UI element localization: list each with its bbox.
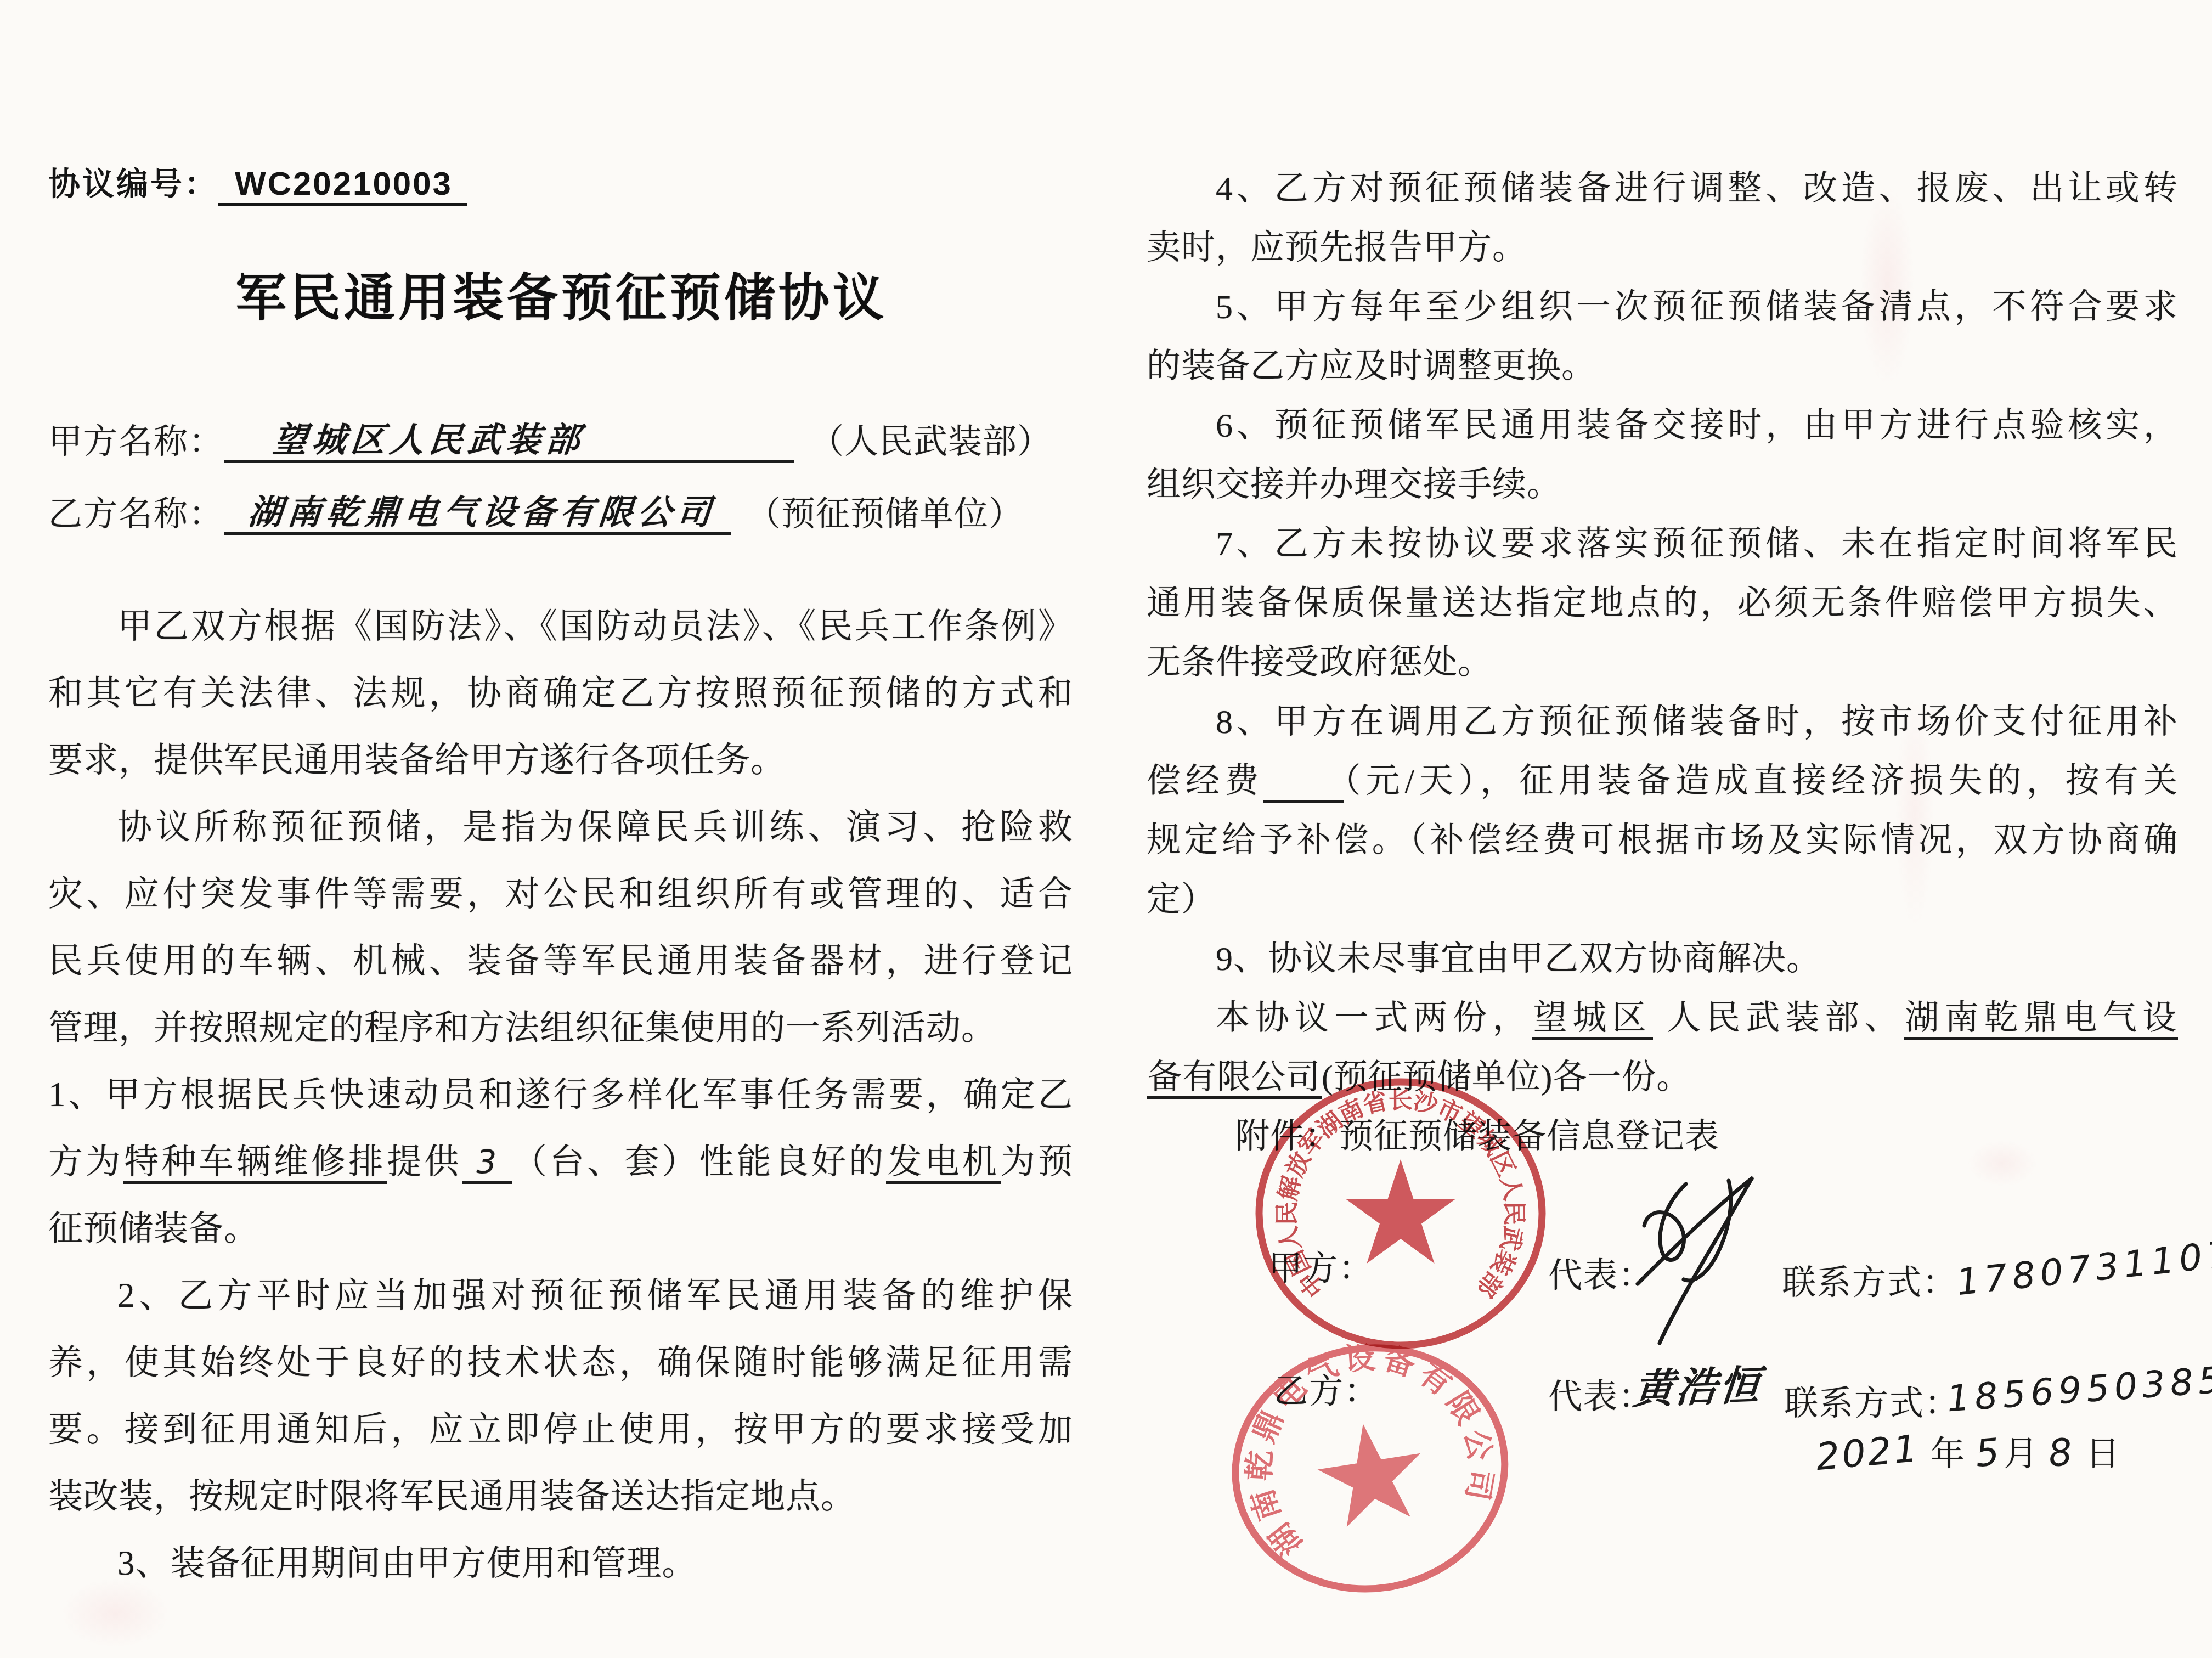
body-line: 灾、应付突发事件等需要，对公民和组织所有或管理的、适合 (48, 860, 1073, 927)
body-line: 和其它有关法律、法规，协商确定乙方按照预征预储的方式和 (48, 659, 1073, 726)
date-month-handwritten: 5 (1974, 1430, 2004, 1476)
party-a-name-underline: 望城区人民武装部 (224, 413, 794, 463)
body-line: 8、甲方在调用乙方预征预储装备时，按市场价支付征用补 (1147, 692, 2178, 752)
seal-star-icon (1312, 1415, 1430, 1530)
party-a-official-seal: 中国人民解放军湖南省长沙市望城区人民武装部 (1250, 1075, 1555, 1354)
body-line: 定） (1147, 870, 2178, 929)
body-line: 协议所称预征预储，是指为保障民兵训练、演习、抢险救 (48, 793, 1073, 860)
scanned-agreement-page: 协议编号：WC20210003 军民通用装备预征预储协议 甲方名称：望城区人民武… (0, 0, 2212, 1658)
body-line: 的装备乙方应及时调整更换。 (1147, 337, 2178, 396)
body-line: 9、协议未尽事宜由甲乙双方协商解决。 (1147, 929, 2178, 989)
body-line: 7、乙方未按协议要求落实预征预储、未在指定时间将军民 (1147, 515, 2178, 574)
document-title: 军民通用装备预征预储协议 (48, 257, 1074, 330)
body-line: 要求，提供军民通用装备给甲方遂行各项任务。 (48, 726, 1073, 793)
date-day-label: 日 (2086, 1436, 2120, 1473)
body-line: 1、甲方根据民兵快速动员和遂行多样化军事任务需要，确定乙 (48, 1061, 1073, 1128)
body-line: 本协议一式两份，望城区 人民武装部、湖南乾鼎电气设 (1147, 989, 2178, 1048)
date-line: 2021年5月8日 (1816, 1426, 2131, 1475)
body-line: 管理，并按照规定的程序和方法组织征集使用的一系列活动。 (48, 994, 1073, 1061)
body-line: 养，使其始终处于良好的技术状态，确保随时能够满足征用需 (48, 1329, 1073, 1396)
seal-star-icon (1346, 1159, 1455, 1264)
body-line: 甲乙双方根据《国防法》、《国防动员法》、《民兵工作条例》 (48, 593, 1073, 659)
body-line: 卖时，应预先报告甲方。 (1147, 218, 2178, 278)
date-day-handwritten: 8 (2047, 1430, 2076, 1476)
party-b-suffix: （预征预储单位） (747, 496, 1023, 533)
party-a-suffix: （人民武装部） (810, 424, 1052, 461)
body-line: 6、预征预储军民通用装备交接时，由甲方进行点验核实， (1147, 396, 2178, 455)
party-a-contact-label: 联系方式： (1782, 1255, 1957, 1304)
party-b-label: 乙方名称： (48, 496, 224, 533)
body-line: 要。接到征用通知后，应立即停止使用，按甲方的要求接受加 (48, 1396, 1073, 1463)
party-b-row: 乙方名称：湖南乾鼎电气设备有限公司（预征预储单位） (48, 485, 1023, 535)
party-b-official-seal: 湖南乾鼎电气设备有限公司 (1210, 1321, 1534, 1620)
body-line: 方为特种车辆维修排提供 3 （台、套）性能良好的发电机为预 (48, 1128, 1073, 1195)
body-line: 4、乙方对预征预储装备进行调整、改造、报废、出让或转 (1147, 159, 2178, 218)
party-a-representative-signature (1621, 1169, 1786, 1355)
party-b-representative-name-handwritten: 黄浩恒 (1631, 1353, 1764, 1416)
party-a-phone-handwritten: 17807311079 (1955, 1230, 2212, 1304)
date-year-label: 年 (1931, 1436, 1965, 1473)
date-month-label: 月 (2004, 1436, 2038, 1473)
body-line: 通用装备保质保量送达指定地点的，必须无条件赔偿甲方损失、 (1147, 574, 2178, 633)
agreement-number-value: WC20210003 (218, 165, 467, 206)
party-b-contact-label: 联系方式： (1784, 1376, 1960, 1425)
party-b-phone-handwritten: 18569503859 (1945, 1357, 2212, 1420)
agreement-number-label: 协议编号： (48, 166, 218, 202)
body-line: 装改装，按规定时限将军民通用装备送达指定地点。 (48, 1463, 1073, 1530)
body-line: 偿经费 （元/天），征用装备造成直接经济损失的，按有关 (1147, 752, 2178, 811)
body-line: 5、甲方每年至少组织一次预征预储装备清点，不符合要求 (1147, 278, 2178, 337)
body-line: 2、乙方平时应当加强对预征预储军民通用装备的维护保 (48, 1262, 1073, 1329)
date-year-handwritten: 2021 (1814, 1427, 1921, 1479)
left-column-body: 甲乙双方根据《国防法》、《国防动员法》、《民兵工作条例》和其它有关法律、法规，协… (48, 593, 1073, 1597)
body-line: 3、装备征用期间由甲方使用和管理。 (48, 1530, 1073, 1597)
party-b-name-underline: 湖南乾鼎电气设备有限公司 (224, 485, 731, 535)
party-a-row: 甲方名称：望城区人民武装部（人民武装部） (48, 413, 1052, 463)
body-line: 民兵使用的车辆、机械、装备等军民通用装备器材，进行登记 (48, 927, 1073, 994)
party-a-label: 甲方名称： (48, 424, 224, 461)
body-line: 征预储装备。 (48, 1195, 1073, 1262)
body-line: 规定给予补偿。（补偿经费可根据市场及实际情况，双方协商确 (1147, 811, 2178, 870)
body-line: 组织交接并办理交接手续。 (1147, 455, 2178, 515)
party-b-name: 湖南乾鼎电气设备有限公司 (246, 485, 718, 534)
party-a-name: 望城区人民武装部 (271, 413, 587, 461)
right-column-body: 4、乙方对预征预储装备进行调整、改造、报废、出让或转卖时，应预先报告甲方。5、甲… (1147, 159, 2178, 1166)
agreement-number-line: 协议编号：WC20210003 (48, 158, 467, 204)
body-line: 无条件接受政府惩处。 (1147, 633, 2178, 692)
